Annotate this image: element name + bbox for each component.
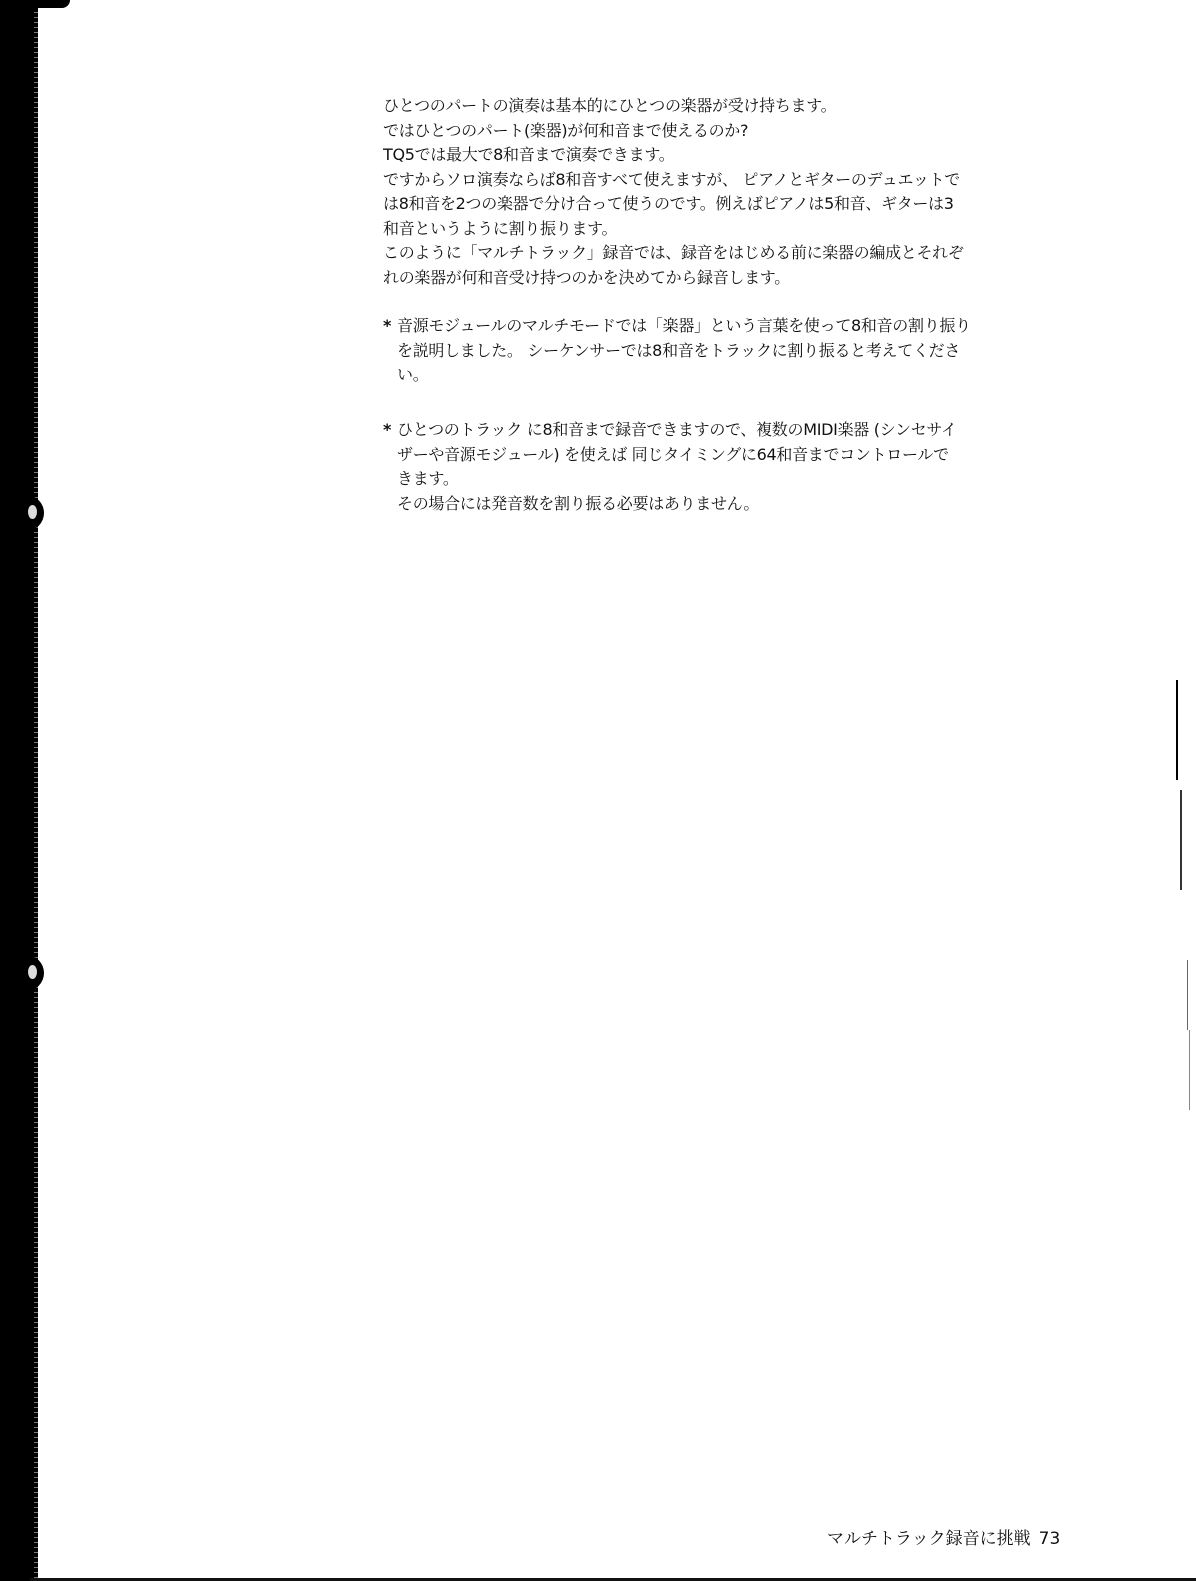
paragraph-line: れの楽器が何和音受け持つのかを決めてから録音します。 <box>383 266 1063 291</box>
paragraph-line: は8和音を2つの楽器で分け合って使うのです。例えばピアノは5和音、ギターは3 <box>383 192 1063 217</box>
note-line: 音源モジュールのマルチモードでは「楽器」という言葉を使って8和音の割り振り <box>397 314 1073 339</box>
scan-mark <box>1189 1030 1190 1110</box>
paragraph-line: 和音というように割り振ります。 <box>383 217 1063 242</box>
asterisk-bullet-icon: * <box>383 418 397 443</box>
scan-mark <box>1187 960 1188 1030</box>
page-number: 73 <box>1039 1529 1061 1549</box>
chapter-title: マルチトラック録音に挑戦 <box>827 1529 1031 1549</box>
note-1: * 音源モジュールのマルチモードでは「楽器」という言葉を使って8和音の割り振り … <box>383 314 1073 388</box>
page-corner <box>30 0 70 8</box>
main-text: ひとつのパートの演奏は基本的にひとつの楽器が受け持ちます。 ではひとつのパート(… <box>383 94 1063 290</box>
note-2: * ひとつのトラック に8和音まで録音できますので、複数のMIDI楽器 (シンセ… <box>383 418 1073 516</box>
note-line: ザーや音源モジュール) を使えば 同じタイミングに64和音までコントロールで <box>397 443 1073 468</box>
paragraph-line: ひとつのパートの演奏は基本的にひとつの楽器が受け持ちます。 <box>383 94 1063 119</box>
binding-hole <box>28 965 37 979</box>
scan-mark <box>1180 790 1182 890</box>
paragraph-line: ですからソロ演奏ならば8和音すべて使えますが、 ピアノとギターのデュエットで <box>383 168 1063 193</box>
note-line: ひとつのトラック に8和音まで録音できますので、複数のMIDI楽器 (シンセサイ <box>397 418 1073 443</box>
binding-hole <box>28 505 37 519</box>
binding-ring-notch <box>26 495 44 531</box>
binding-edge <box>0 0 36 1581</box>
paragraph-line: ではひとつのパート(楽器)が何和音まで使えるのか? <box>383 119 1063 144</box>
binding-ring-notch <box>26 955 44 991</box>
note-line: い。 <box>397 363 1073 388</box>
paragraph-line: このように「マルチトラック」録音では、録音をはじめる前に楽器の編成とそれぞ <box>383 241 1063 266</box>
note-line: を説明しました。 シーケンサーでは8和音をトラックに割り振ると考えてくださ <box>397 339 1073 364</box>
scan-mark <box>1176 680 1178 780</box>
note-line: その場合には発音数を割り振る必要はありません。 <box>397 492 1073 517</box>
paragraph-line: TQ5では最大で8和音まで演奏できます。 <box>383 143 1063 168</box>
note-line: きます。 <box>397 467 1073 492</box>
asterisk-bullet-icon: * <box>383 314 397 339</box>
page-footer: マルチトラック録音に挑戦73 <box>827 1524 1060 1549</box>
